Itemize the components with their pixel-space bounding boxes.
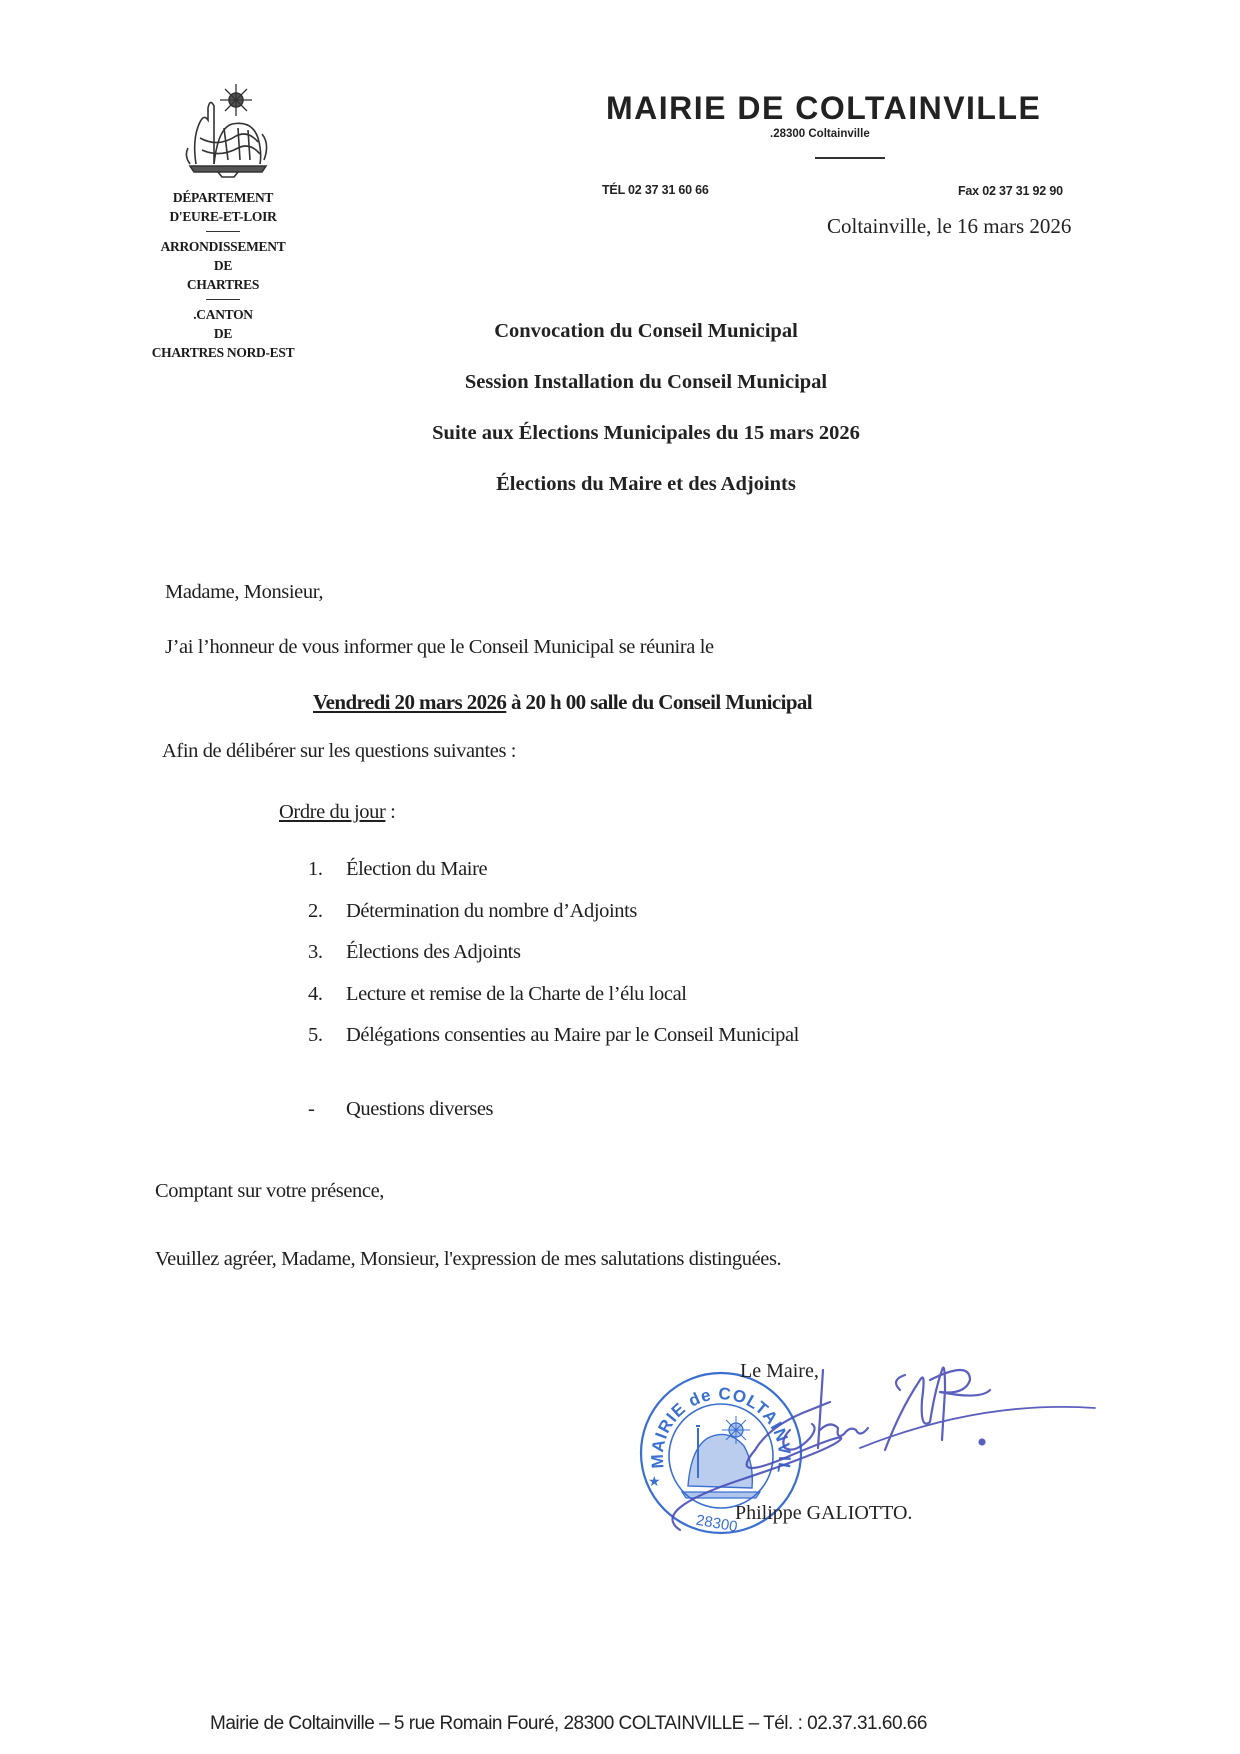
agenda-item-misc: -Questions diverses: [308, 1098, 493, 1121]
closing-presence: Comptant sur votre présence,: [155, 1180, 384, 1203]
date-line: Coltainville, le 16 mars 2026: [827, 214, 1071, 239]
afin-line: Afin de délibérer sur les questions suiv…: [162, 740, 516, 763]
letterhead-postal: .28300 Coltainville: [770, 128, 870, 140]
agenda-item: 1.Élection du Maire: [308, 858, 799, 900]
agenda-item: 2.Détermination du nombre d’Adjoints: [308, 900, 799, 942]
salutation: Madame, Monsieur,: [165, 581, 323, 604]
svg-text:★: ★: [648, 1473, 661, 1489]
ordre-du-jour-heading: Ordre du jour :: [279, 801, 395, 824]
admin-block: DÉPARTEMENT D'EURE-ET-LOIR ARRONDISSEMEN…: [138, 188, 308, 362]
title-maire-adjoints: Élections du Maire et des Adjoints: [340, 471, 952, 522]
footer-address: Mairie de Coltainville – 5 rue Romain Fo…: [210, 1713, 927, 1735]
handwritten-signature-icon: [660, 1330, 1100, 1540]
departement-block: DÉPARTEMENT D'EURE-ET-LOIR: [138, 188, 308, 226]
agenda-item: 4.Lecture et remise de la Charte de l’él…: [308, 983, 799, 1025]
agenda-list: 1.Élection du Maire 2.Détermination du n…: [308, 858, 799, 1066]
agenda-item: 3.Élections des Adjoints: [308, 941, 799, 983]
title-convocation: Convocation du Conseil Municipal: [340, 318, 952, 369]
letterhead-fax: Fax 02 37 31 92 90: [958, 184, 1063, 198]
divider: [206, 231, 240, 232]
closing-salutations: Veuillez agréer, Madame, Monsieur, l'exp…: [155, 1248, 781, 1271]
arrondissement-block: ARRONDISSEMENT DE CHARTRES: [138, 237, 308, 294]
title-elections: Suite aux Élections Municipales du 15 ma…: [340, 420, 952, 471]
letterhead-tel: TÉL 02 37 31 60 66: [602, 183, 709, 197]
letterhead-title: MAIRIE DE COLTAINVILLE: [606, 90, 1041, 127]
agenda-item: 5.Délégations consenties au Maire par le…: [308, 1024, 799, 1066]
canton-block: .CANTON DE CHARTRES NORD-EST: [138, 305, 308, 362]
meeting-line: Vendredi 20 mars 2026 à 20 h 00 salle du…: [313, 690, 812, 715]
intro-paragraph: J’ai l’honneur de vous informer que le C…: [165, 636, 714, 659]
title-session: Session Installation du Conseil Municipa…: [340, 369, 952, 420]
meeting-date: Vendredi 20 mars 2026: [313, 690, 506, 714]
divider: [815, 157, 885, 159]
divider: [206, 299, 240, 300]
meeting-details: à 20 h 00 salle du Conseil Municipal: [506, 690, 812, 714]
departement-crest-icon: [178, 78, 278, 180]
document-titles: Convocation du Conseil Municipal Session…: [340, 318, 952, 522]
